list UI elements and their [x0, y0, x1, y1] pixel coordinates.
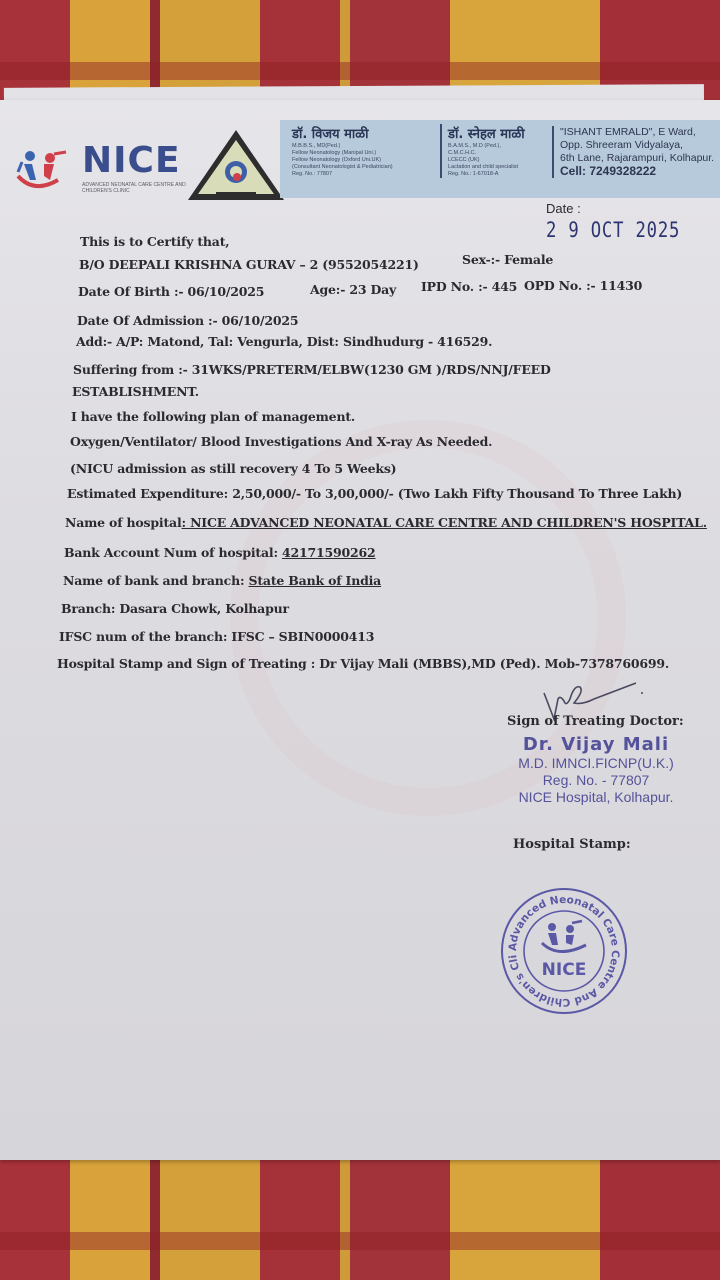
logo-text: NICE — [82, 140, 181, 181]
doctor2-line: Lactation and child specialist — [448, 164, 556, 171]
management-plan: Oxygen/Ventilator/ Blood Investigations … — [70, 434, 492, 449]
stamp-qualification: M.D. IMNCI.FICNP(U.K.) — [480, 755, 712, 772]
certify-intro: This is to Certify that, — [80, 234, 229, 249]
branch: Branch: Dasara Chowk, Kolhapur — [61, 601, 289, 616]
certificate-document: NICE ADVANCED NEONATAL CARE CENTRE AND C… — [0, 100, 720, 1160]
stamp-doctor-name: Dr. Vijay Mali — [480, 734, 712, 755]
bank-account-label: Bank Account Num of hospital: — [64, 545, 282, 560]
sign-label: Sign of Treating Doctor: — [507, 714, 684, 729]
bank-account-value: 42171590262 — [282, 545, 375, 560]
bank-name-value: State Bank of India — [249, 573, 382, 588]
family-logo-icon — [14, 146, 74, 192]
address-line: "ISHANT EMRALD", E Ward, — [560, 126, 720, 139]
estimated-expenditure: Estimated Expenditure: 2,50,000/- To 3,0… — [67, 486, 682, 501]
treating-doctor-line: Hospital Stamp and Sign of Treating : Dr… — [57, 656, 669, 671]
svg-text:NICE: NICE — [542, 960, 587, 980]
date-of-admission: Date Of Admission :- 06/10/2025 — [77, 313, 298, 328]
hospital-name-row: Name of hospital: NICE ADVANCED NEONATAL… — [65, 515, 707, 530]
date-label: Date : — [546, 201, 581, 216]
doctor1-line: (Consultant Neonatologist & Pediatrician… — [292, 164, 437, 171]
doctor2-line: C.M.C.H.C. — [448, 150, 556, 157]
nicu-duration: (NICU admission as still recovery 4 To 5… — [70, 461, 396, 476]
hospital-stamp-label: Hospital Stamp: — [513, 837, 631, 852]
clinic-address: "ISHANT EMRALD", E Ward, Opp. Shreeram V… — [552, 126, 720, 178]
patient-age: Age:- 23 Day — [310, 282, 396, 297]
date-row: Date : 2 9 OCT 2025 — [546, 200, 720, 242]
doctor1-block: डॉ. विजय माळी M.B.B.S., MD(Ped.) Fellow … — [292, 124, 437, 178]
letterhead-band: डॉ. विजय माळी M.B.B.S., MD(Ped.) Fellow … — [280, 120, 720, 198]
nice-logo: NICE ADVANCED NEONATAL CARE CENTRE AND C… — [14, 140, 194, 200]
stamp-reg-no: Reg. No. - 77807 — [480, 772, 712, 789]
hospital-name-value: : NICE ADVANCED NEONATAL CARE CENTRE AND… — [182, 515, 707, 530]
date-stamp: 2 9 OCT 2025 — [546, 218, 680, 242]
stamp-hospital: NICE Hospital, Kolhapur. — [480, 789, 712, 806]
patient-address: Add:- A/P: Matond, Tal: Vengurla, Dist: … — [76, 334, 492, 349]
hospital-round-stamp-icon: Advanced Neonatal Care Centre And Childr… — [498, 885, 630, 1017]
address-line: Opp. Shreeram Vidyalaya, — [560, 139, 720, 152]
doctor1-name: डॉ. विजय माळी — [292, 124, 437, 142]
accreditation-badge-icon — [186, 128, 286, 202]
doctor1-line: M.B.B.S., MD(Ped.) — [292, 143, 437, 150]
doctor2-name: डॉ. स्नेहल माळी — [448, 124, 556, 142]
doctor1-line: Reg. No.: 77807 — [292, 171, 437, 178]
doctor2-block: डॉ. स्नेहल माळी B.A.M.S., M.D (Ped.), C.… — [440, 124, 556, 178]
logo-subtitle: ADVANCED NEONATAL CARE CENTRE AND CHILDR… — [82, 182, 192, 194]
bank-account-row: Bank Account Num of hospital: 4217159026… — [64, 545, 376, 560]
patient-sex: Sex-:- Female — [462, 252, 553, 267]
hospital-name-label: Name of hospital — [65, 515, 182, 530]
opd-number: OPD No. :- 11430 — [524, 278, 642, 293]
plan-intro: I have the following plan of management. — [71, 409, 355, 424]
date-of-birth: Date Of Birth :- 06/10/2025 — [78, 284, 264, 299]
doctor1-line: Fellow Neonatology (Oxford Uni.UK) — [292, 157, 437, 164]
bank-name-row: Name of bank and branch: State Bank of I… — [63, 573, 381, 588]
doctor-name-stamp: Dr. Vijay Mali M.D. IMNCI.FICNP(U.K.) Re… — [480, 734, 712, 806]
clinic-phone: Cell: 7249328222 — [560, 165, 720, 178]
diagnosis-line1: Suffering from :- 31WKS/PRETERM/ELBW(123… — [73, 362, 551, 377]
doctor2-line: LCECC (UK) — [448, 157, 556, 164]
doctor2-line: B.A.M.S., M.D (Ped.), — [448, 143, 556, 150]
ifsc-code: IFSC num of the branch: IFSC – SBIN00004… — [59, 629, 374, 644]
diagnosis-line2: ESTABLISHMENT. — [72, 384, 199, 399]
doctor2-line: Reg. No.: 1-67018-A — [448, 171, 556, 178]
ipd-number: IPD No. :- 445 — [421, 279, 517, 294]
doctor1-line: Fellow Neonatology (Manipal Uni.) — [292, 150, 437, 157]
patient-name: B/O DEEPALI KRISHNA GURAV – 2 (955205422… — [79, 257, 419, 272]
bank-name-label: Name of bank and branch: — [63, 573, 249, 588]
